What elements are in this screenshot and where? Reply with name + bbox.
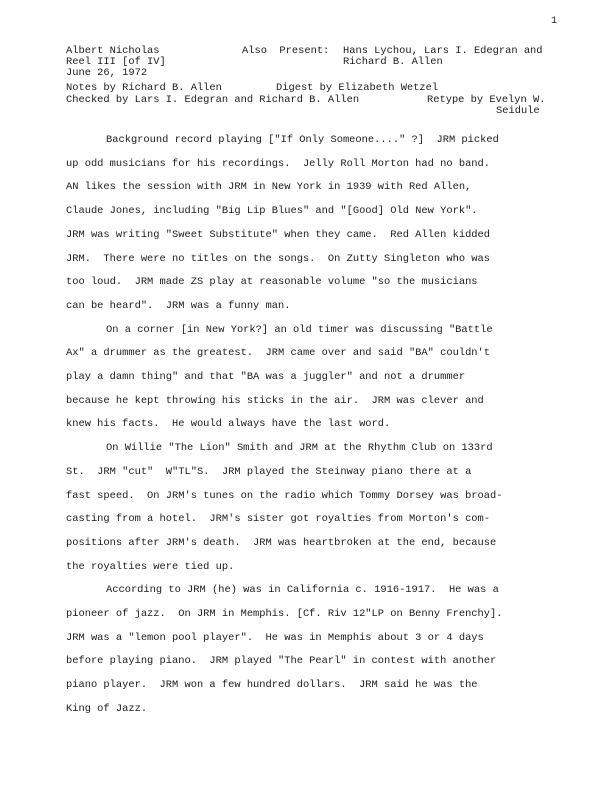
text-line: casting from a hotel. JRM's sister got r… [66,508,596,532]
text-line: play a damn thing" and that "BA was a ju… [66,366,596,390]
text-line: piano player. JRM won a few hundred doll… [66,674,596,698]
text-line: King of Jazz. [66,698,596,722]
notes-by: Notes by Richard B. Allen [66,83,222,94]
paragraph: On a corner [in New York?] an old timer … [66,319,596,438]
text-line: can be heard". JRM was a funny man. [66,295,596,319]
text-line: On a corner [in New York?] an old timer … [66,319,596,343]
text-line: the royalties were tied up. [66,556,596,580]
text-line: too loud. JRM made ZS play at reasonable… [66,271,596,295]
digest-by: Digest by Elizabeth Wetzel [276,83,438,94]
digest-body: Background record playing ["If Only Some… [66,129,596,722]
also-present-names-cont: Richard B. Allen [343,57,443,68]
text-line: JRM was writing "Sweet Substitute" when … [66,224,596,248]
text-line: AN likes the session with JRM in New Yor… [66,176,596,200]
text-line: On Willie "The Lion" Smith and JRM at th… [66,437,596,461]
paragraph: According to JRM (he) was in California … [66,579,596,721]
text-line: According to JRM (he) was in California … [66,579,596,603]
text-line: St. JRM "cut" W"TL"S. JRM played the Ste… [66,461,596,485]
text-line: Ax" a drummer as the greatest. JRM came … [66,342,596,366]
text-line: pioneer of jazz. On JRM in Memphis. [Cf.… [66,603,596,627]
text-line: JRM was a "lemon pool player". He was in… [66,627,596,651]
paragraph: On Willie "The Lion" Smith and JRM at th… [66,437,596,579]
text-line: JRM. There were no titles on the songs. … [66,248,596,272]
text-line: knew his facts. He would always have the… [66,413,596,437]
text-line: up odd musicians for his recordings. Jel… [66,153,596,177]
checked-by: Checked by Lars I. Edegran and Richard B… [66,95,359,106]
text-line: because he kept throwing his sticks in t… [66,390,596,414]
text-line: positions after JRM's death. JRM was hea… [66,532,596,556]
text-line: Claude Jones, including "Big Lip Blues" … [66,200,596,224]
retype-by-cont: Seidule [496,106,540,117]
text-line: Background record playing ["If Only Some… [66,129,596,153]
interview-date: June 26, 1972 [66,68,147,79]
also-present-label: Also Present: [242,46,329,57]
text-line: before playing piano. JRM played "The Pe… [66,650,596,674]
text-line: fast speed. On JRM's tunes on the radio … [66,485,596,509]
page-number: 1 [551,16,557,27]
paragraph: Background record playing ["If Only Some… [66,129,596,319]
